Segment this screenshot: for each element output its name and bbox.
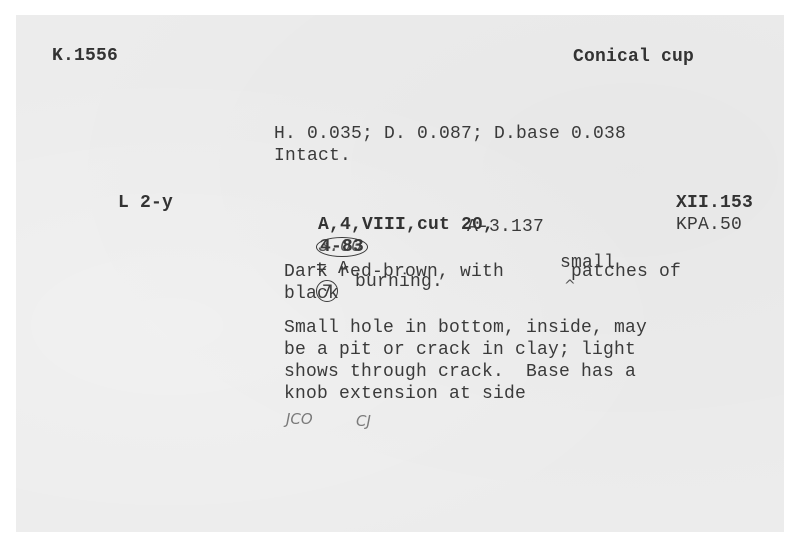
catalog-number: K.1556 [52, 45, 118, 67]
description-line-2: black [284, 283, 339, 305]
notes-line-2: be a pit or crack in clay; light [284, 339, 636, 361]
dimensions: H. 0.035; D. 0.087; D.base 0.038 [274, 123, 626, 145]
inventory-ref: XII.153 [676, 192, 753, 214]
description-line-1b: patches of [571, 261, 681, 283]
notes-line-1: Small hole in bottom, inside, may [284, 317, 647, 339]
circled-reference: 4-83 [316, 237, 368, 257]
kpa-ref: KPA.50 [676, 214, 742, 236]
initials-1: JCO [286, 410, 313, 428]
overtyped-burning: burning. [355, 271, 443, 293]
notes-line-3: shows through crack. Base has a [284, 361, 636, 383]
notes-line-4: knob extension at side [284, 383, 526, 405]
condition: Intact. [274, 145, 351, 167]
location-code: L 2-y [118, 192, 173, 214]
initials-2: CJ [356, 412, 371, 430]
catalog-card: K.1556 Conical cup H. 0.035; D. 0.087; D… [16, 15, 784, 532]
ref-a: A-3.137 [467, 216, 544, 238]
caret-mark: ^ [564, 278, 576, 294]
object-type: Conical cup [573, 46, 694, 68]
